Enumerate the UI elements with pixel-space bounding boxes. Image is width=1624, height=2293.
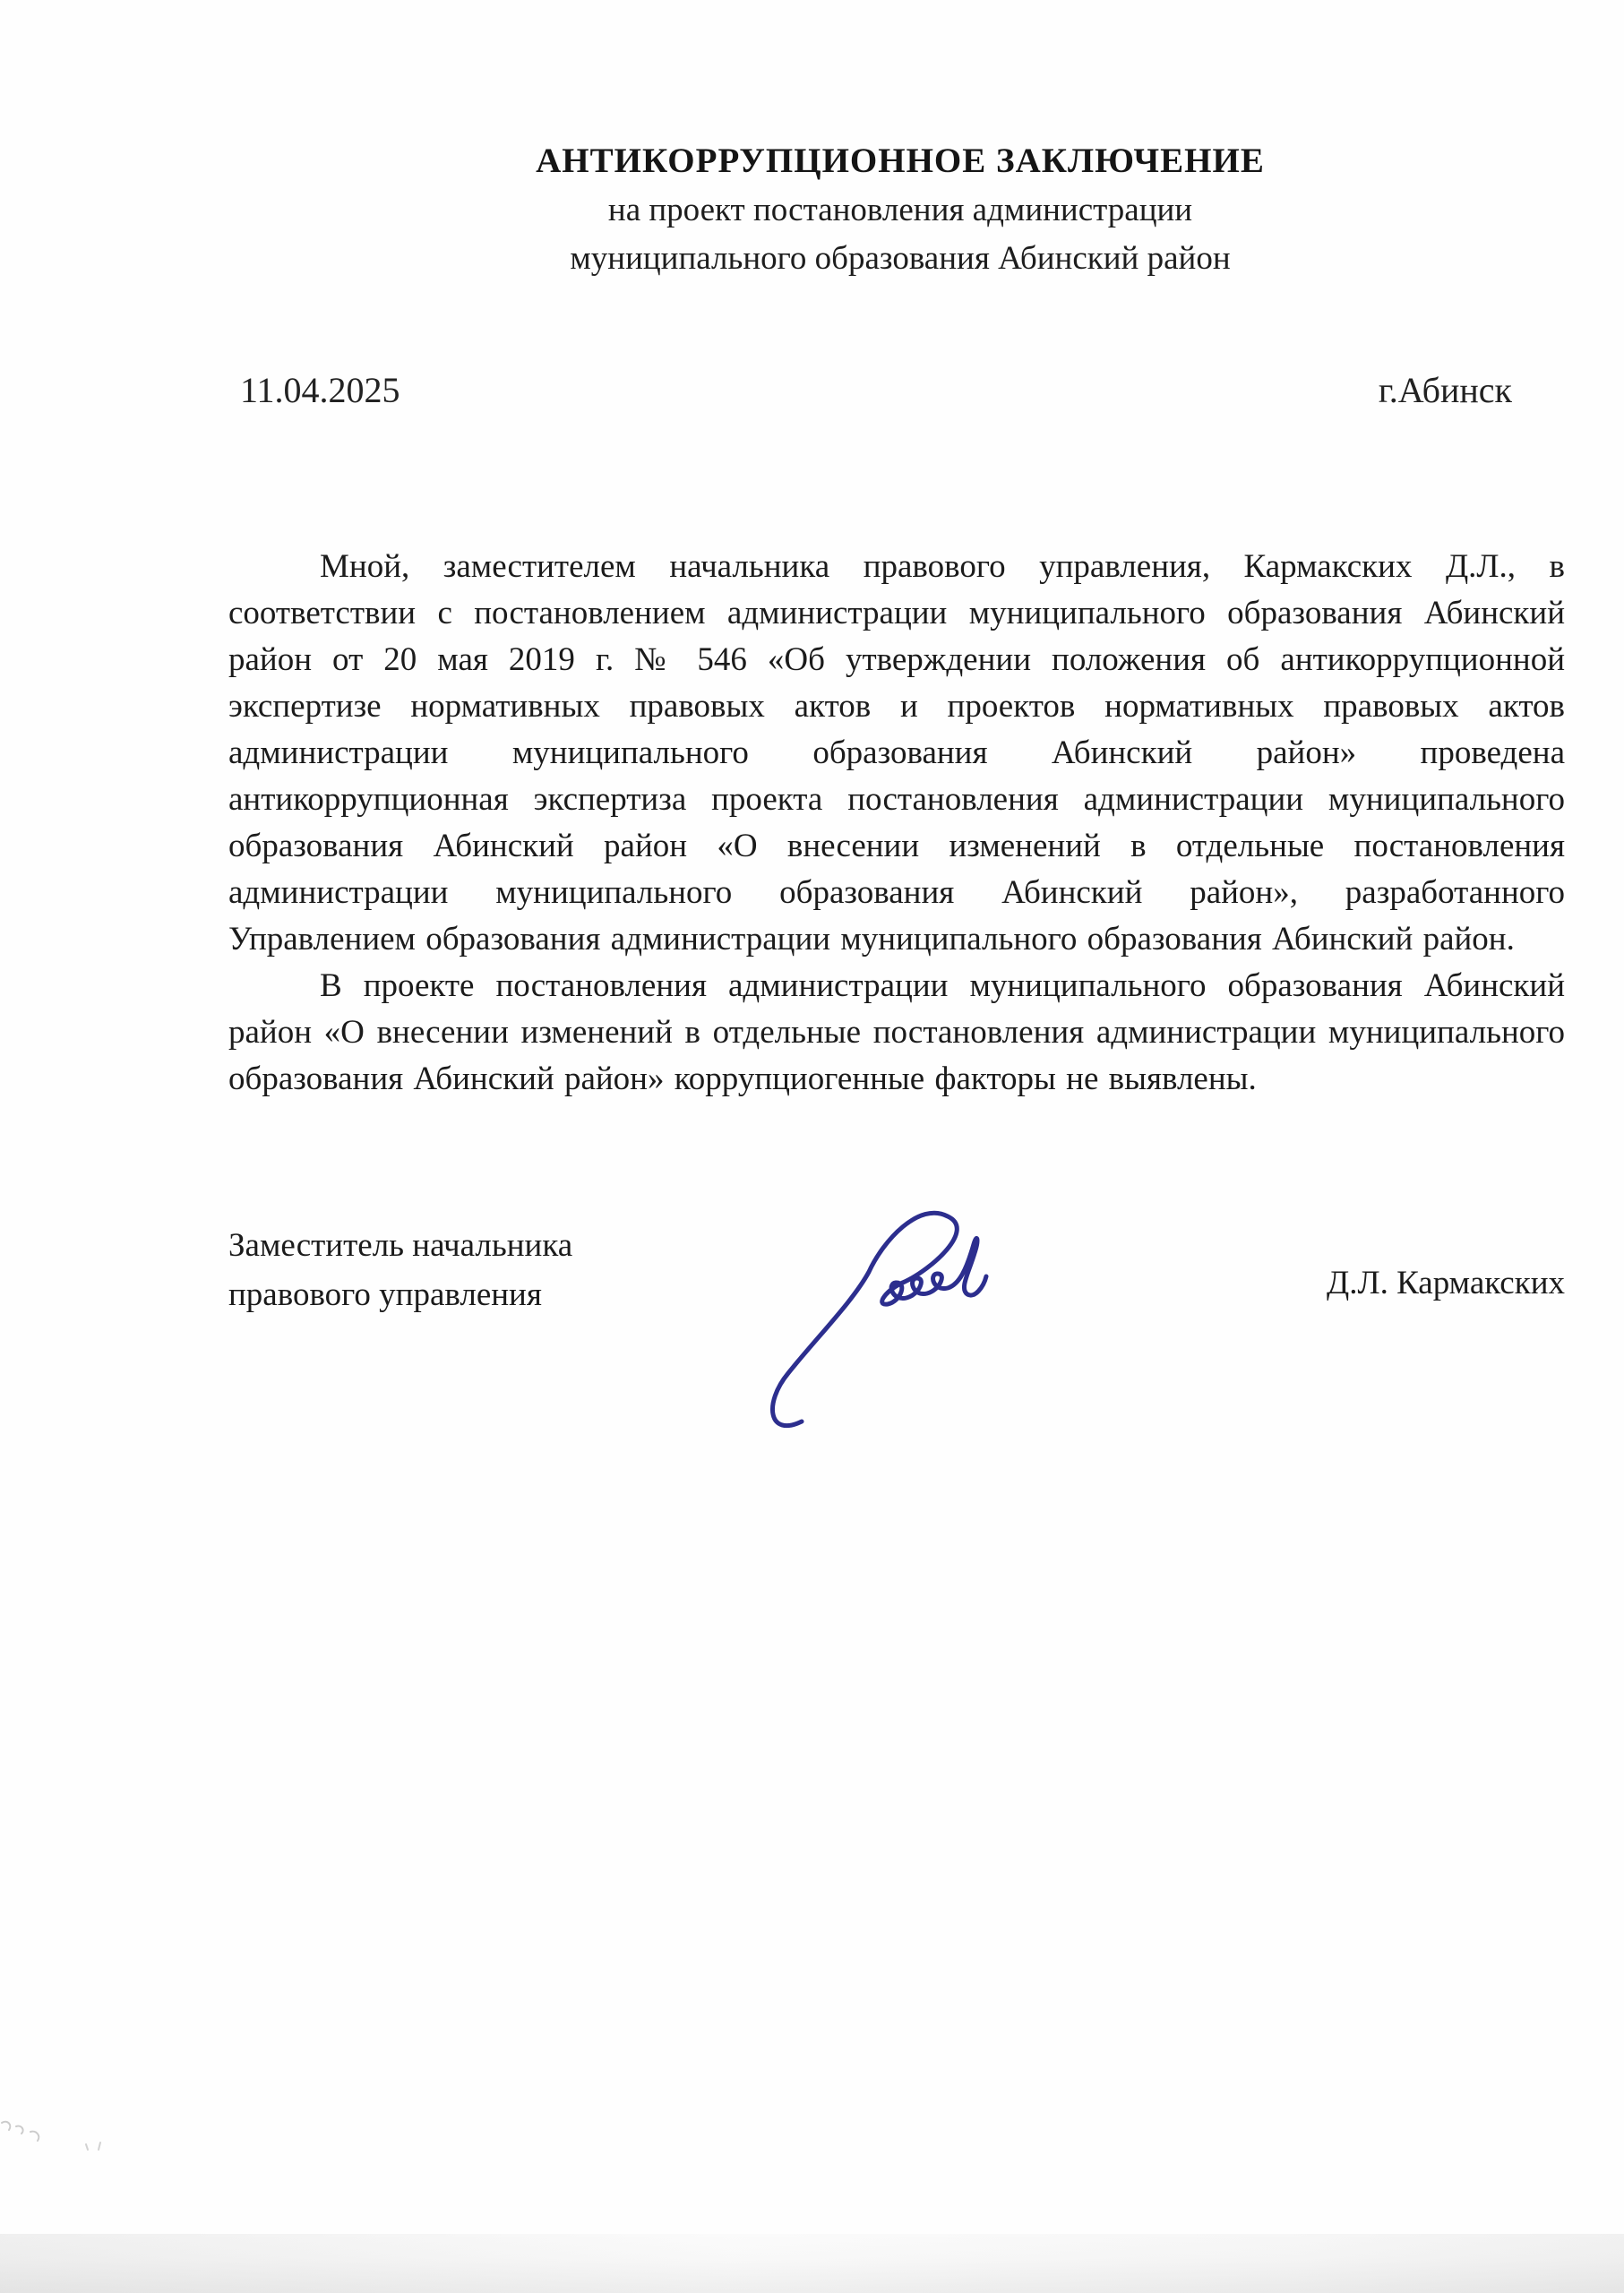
document-body: Мной, заместителем начальника правового … xyxy=(228,544,1565,1103)
smudge-stroke-1 xyxy=(2,2122,39,2141)
document-title-block: АНТИКОРРУПЦИОННОЕ ЗАКЛЮЧЕНИЕ на проект п… xyxy=(228,136,1572,283)
document-date: 11.04.2025 xyxy=(240,369,400,411)
pencil-smudge-marks xyxy=(0,2107,161,2169)
body-paragraph-2: В проекте постановления администрации му… xyxy=(228,963,1565,1103)
document-title: АНТИКОРРУПЦИОННОЕ ЗАКЛЮЧЕНИЕ xyxy=(228,136,1572,186)
document-subtitle-line2: муниципального образования Абинский райо… xyxy=(228,235,1572,283)
scan-bottom-edge-artifact xyxy=(0,2234,1624,2293)
scanned-document-page: АНТИКОРРУПЦИОННОЕ ЗАКЛЮЧЕНИЕ на проект п… xyxy=(0,0,1624,2293)
signature-block: Заместитель начальника правового управле… xyxy=(228,1221,1565,1319)
body-paragraph-1: Мной, заместителем начальника правового … xyxy=(228,544,1565,963)
signer-name: Д.Л. Кармакских xyxy=(1327,1258,1565,1308)
document-subtitle-line1: на проект постановления администрации xyxy=(228,186,1572,235)
signer-position: Заместитель начальника правового управле… xyxy=(228,1221,572,1319)
date-place-row: 11.04.2025 г.Абинск xyxy=(240,369,1512,411)
smudge-stroke-2 xyxy=(86,2143,100,2150)
document-place: г.Абинск xyxy=(1379,369,1512,411)
